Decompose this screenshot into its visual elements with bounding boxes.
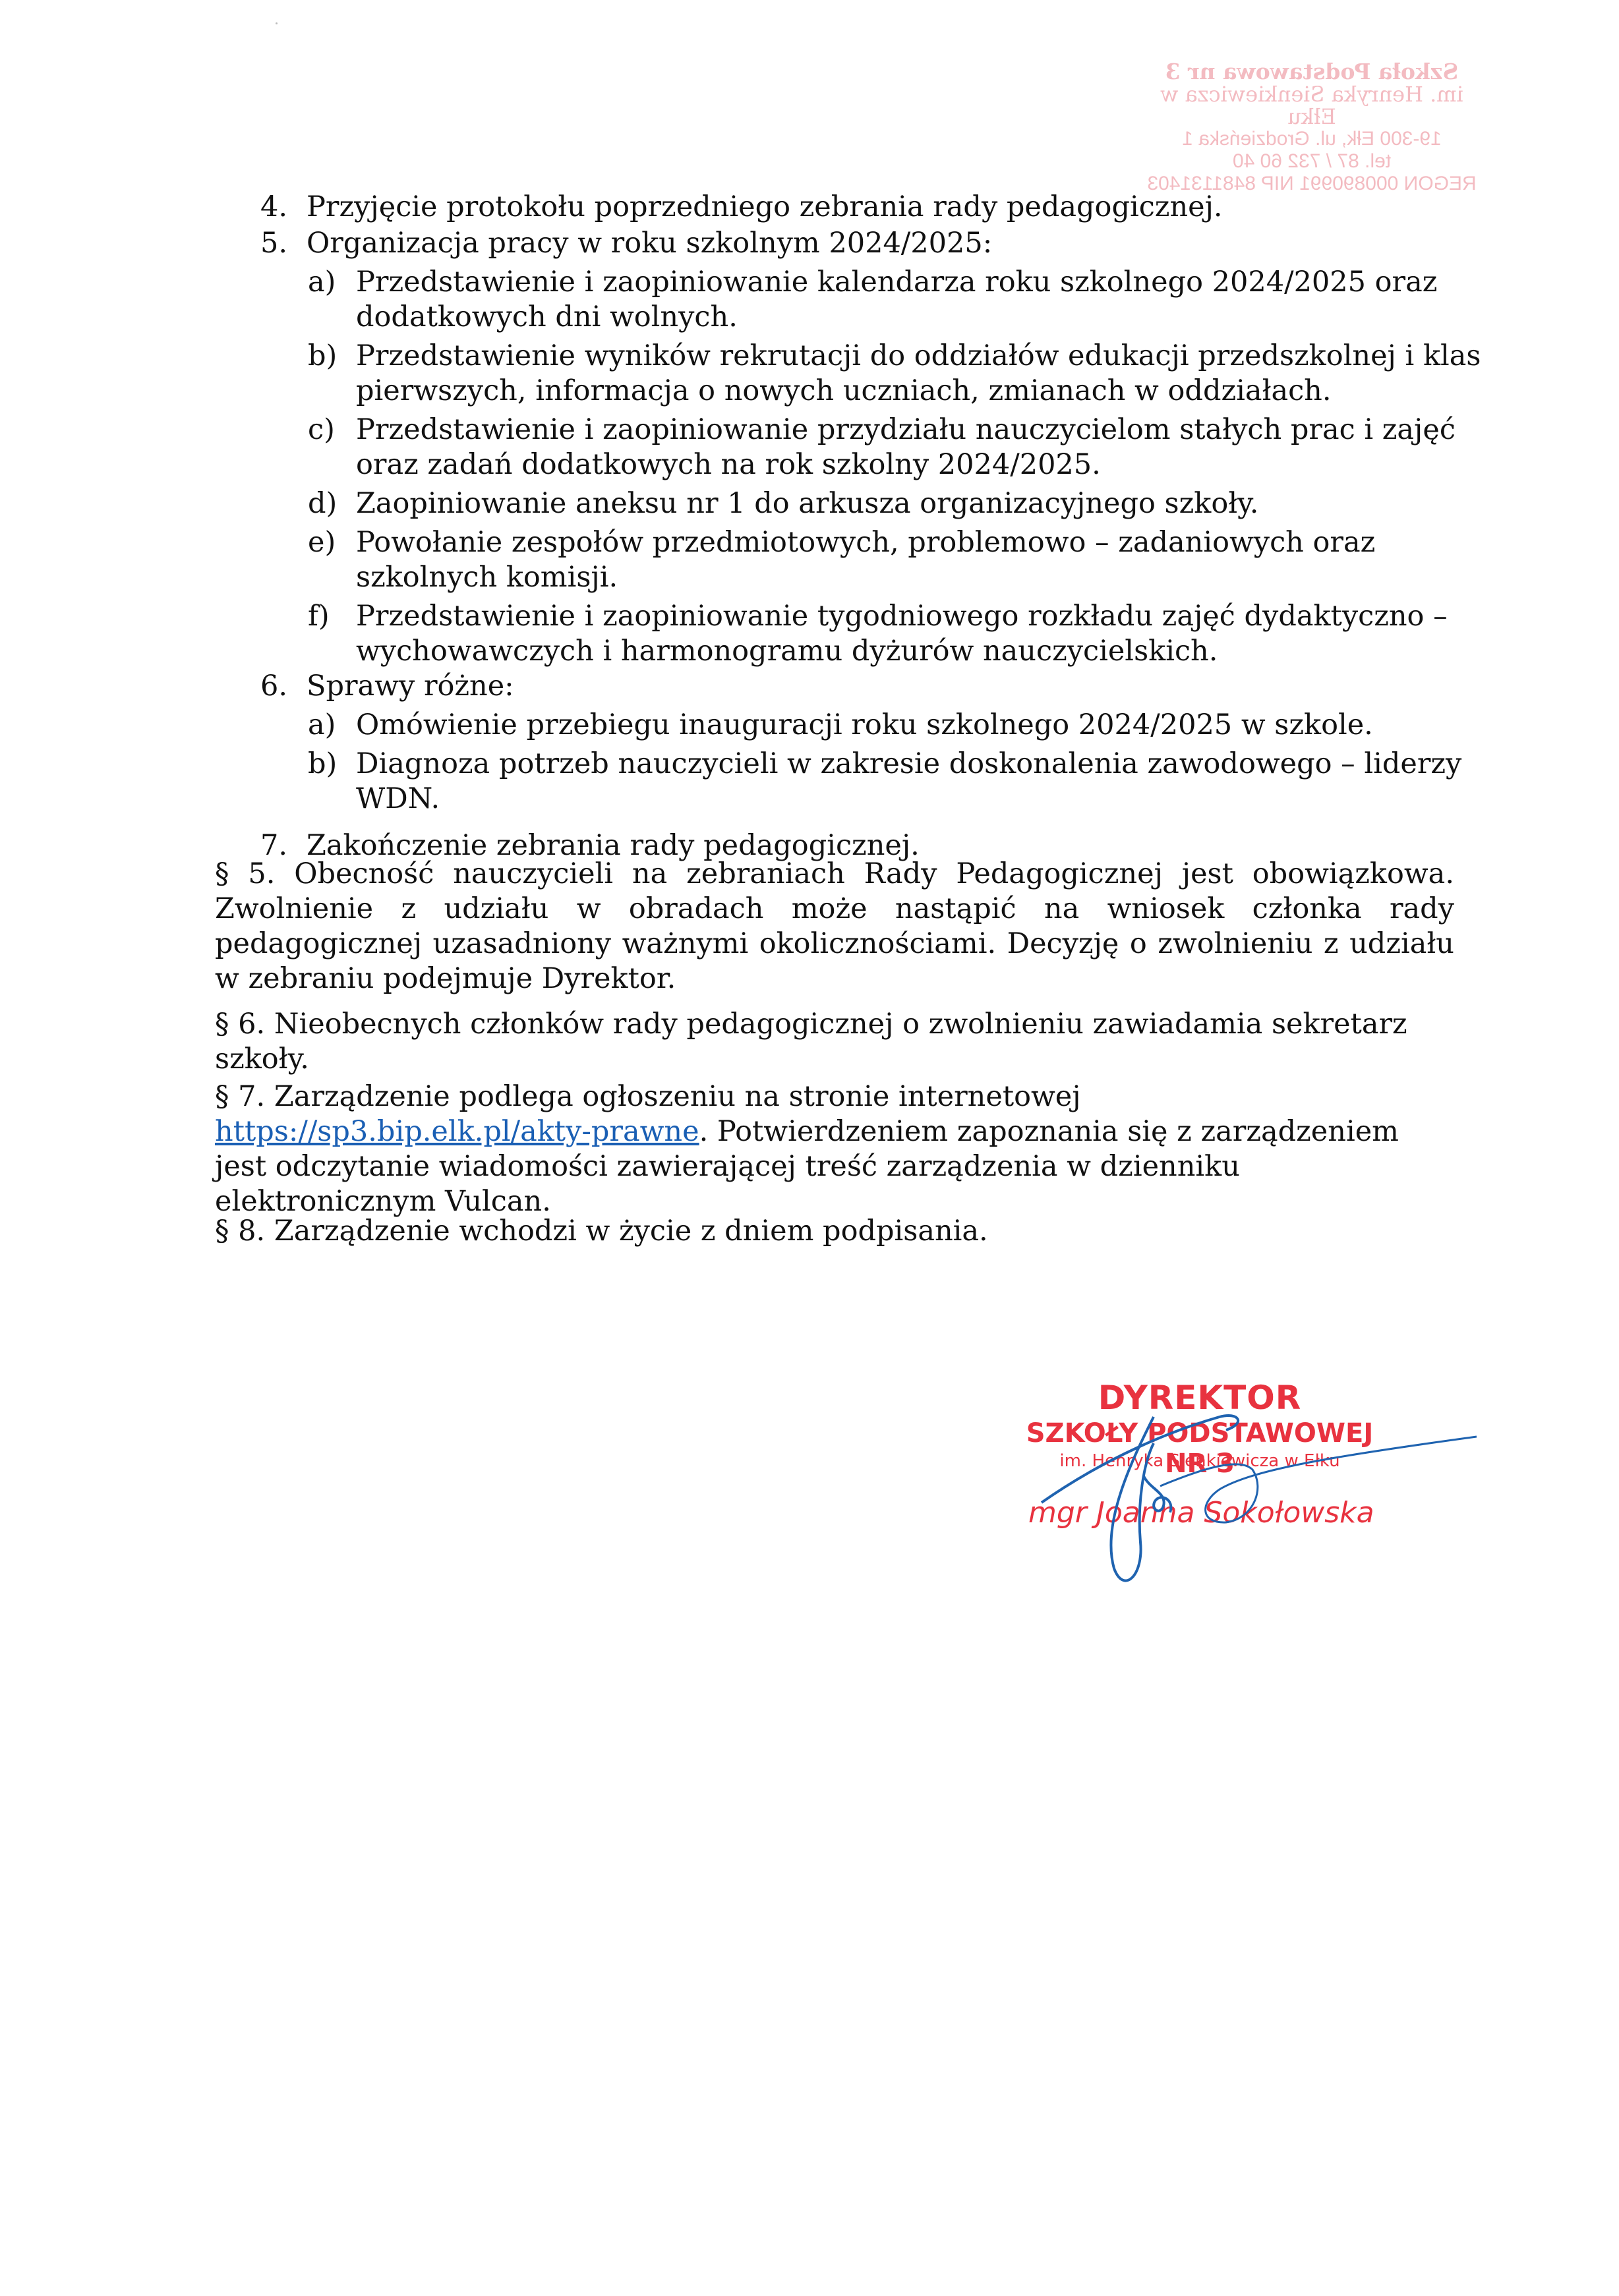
agenda-subitem: b) Diagnoza potrzeb nauczycieli w zakres… xyxy=(260,747,1500,817)
agenda-item: 6. Sprawy różne: xyxy=(260,669,1500,704)
agenda-subitem: d) Zaopiniowanie aneksu nr 1 do arkusza … xyxy=(260,486,1500,521)
stamp-line: Szkoła Podstawowa nr 3 xyxy=(1147,61,1477,83)
agenda-subitem: b) Przedstawienie wyników rekrutacji do … xyxy=(260,339,1500,409)
stamp-line: 19-300 Ełk, ul. Grodzieńska 1 xyxy=(1147,128,1477,150)
subitem-letter: d) xyxy=(308,486,337,521)
agenda-subitem: a) Przedstawienie i zaopiniowanie kalend… xyxy=(260,265,1500,335)
subitem-text: Omówienie przebiegu inauguracji roku szk… xyxy=(356,708,1373,741)
bip-link[interactable]: https://sp3.bip.elk.pl/akty-prawne xyxy=(215,1115,699,1148)
subitem-letter: e) xyxy=(308,525,336,560)
agenda-item: 4. Przyjęcie protokołu poprzedniego zebr… xyxy=(260,190,1500,225)
item-text: Sprawy różne: xyxy=(307,670,514,703)
paragraph-6: § 6. Nieobecnych członków rady pedagogic… xyxy=(215,1007,1454,1077)
item-text: Przyjęcie protokołu poprzedniego zebrani… xyxy=(307,190,1223,223)
agenda-sublist: a) Omówienie przebiegu inauguracji roku … xyxy=(260,708,1500,817)
subitem-text: Diagnoza potrzeb nauczycieli w zakresie … xyxy=(356,747,1461,815)
agenda-list: 4. Przyjęcie protokołu poprzedniego zebr… xyxy=(260,190,1500,863)
stamp-line: im. Henryka Sienkiewicza w Ełku xyxy=(1147,83,1477,128)
signature-stamp: DYREKTOR SZKOŁY PODSTAWOWEJ NR 3 im. Hen… xyxy=(1015,1377,1424,1588)
agenda-sublist: a) Przedstawienie i zaopiniowanie kalend… xyxy=(260,265,1500,669)
subitem-text: Zaopiniowanie aneksu nr 1 do arkusza org… xyxy=(356,487,1258,520)
paragraph-5: § 5. Obecność nauczycieli na zebraniach … xyxy=(215,857,1454,996)
subitem-text: Przedstawienie wyników rekrutacji do odd… xyxy=(356,339,1481,407)
subitem-letter: a) xyxy=(308,708,336,743)
subitem-text: Powołanie zespołów przedmiotowych, probl… xyxy=(356,526,1375,594)
agenda-subitem: a) Omówienie przebiegu inauguracji roku … xyxy=(260,708,1500,743)
scan-speck xyxy=(276,22,278,24)
item-number: 5. xyxy=(260,226,287,261)
agenda-subitem: e) Powołanie zespołów przedmiotowych, pr… xyxy=(260,525,1500,595)
subitem-text: Przedstawienie i zaopiniowanie przydział… xyxy=(356,413,1456,481)
agenda-subitem: f) Przedstawienie i zaopiniowanie tygodn… xyxy=(260,599,1500,669)
item-text: Organizacja pracy w roku szkolnym 2024/2… xyxy=(307,227,992,260)
subitem-text: Przedstawienie i zaopiniowanie tygodniow… xyxy=(356,600,1448,668)
subitem-letter: b) xyxy=(308,339,337,374)
subitem-letter: b) xyxy=(308,747,337,782)
document-page: Szkoła Podstawowa nr 3 im. Henryka Sienk… xyxy=(0,0,1619,2296)
paragraph-7-text: § 7. Zarządzenie podlega ogłoszeniu na s… xyxy=(215,1080,1081,1113)
paragraph-7: § 7. Zarządzenie podlega ogłoszeniu na s… xyxy=(215,1079,1454,1219)
subitem-text: Przedstawienie i zaopiniowanie kalendarz… xyxy=(356,266,1437,333)
paragraph-8: § 8. Zarządzenie wchodzi w życie z dniem… xyxy=(215,1214,1454,1249)
subitem-letter: c) xyxy=(308,413,335,447)
agenda-item: 5. Organizacja pracy w roku szkolnym 202… xyxy=(260,226,1500,261)
stamp-line: tel. 87 / 732 60 40 xyxy=(1147,150,1477,173)
agenda-subitem: c) Przedstawienie i zaopiniowanie przydz… xyxy=(260,413,1500,482)
school-stamp-bleedthrough: Szkoła Podstawowa nr 3 im. Henryka Sienk… xyxy=(1147,61,1477,195)
subitem-letter: f) xyxy=(308,599,330,634)
item-number: 6. xyxy=(260,669,287,704)
item-number: 4. xyxy=(260,190,287,225)
subitem-letter: a) xyxy=(308,265,336,300)
handwritten-signature-icon xyxy=(1002,1377,1503,1595)
